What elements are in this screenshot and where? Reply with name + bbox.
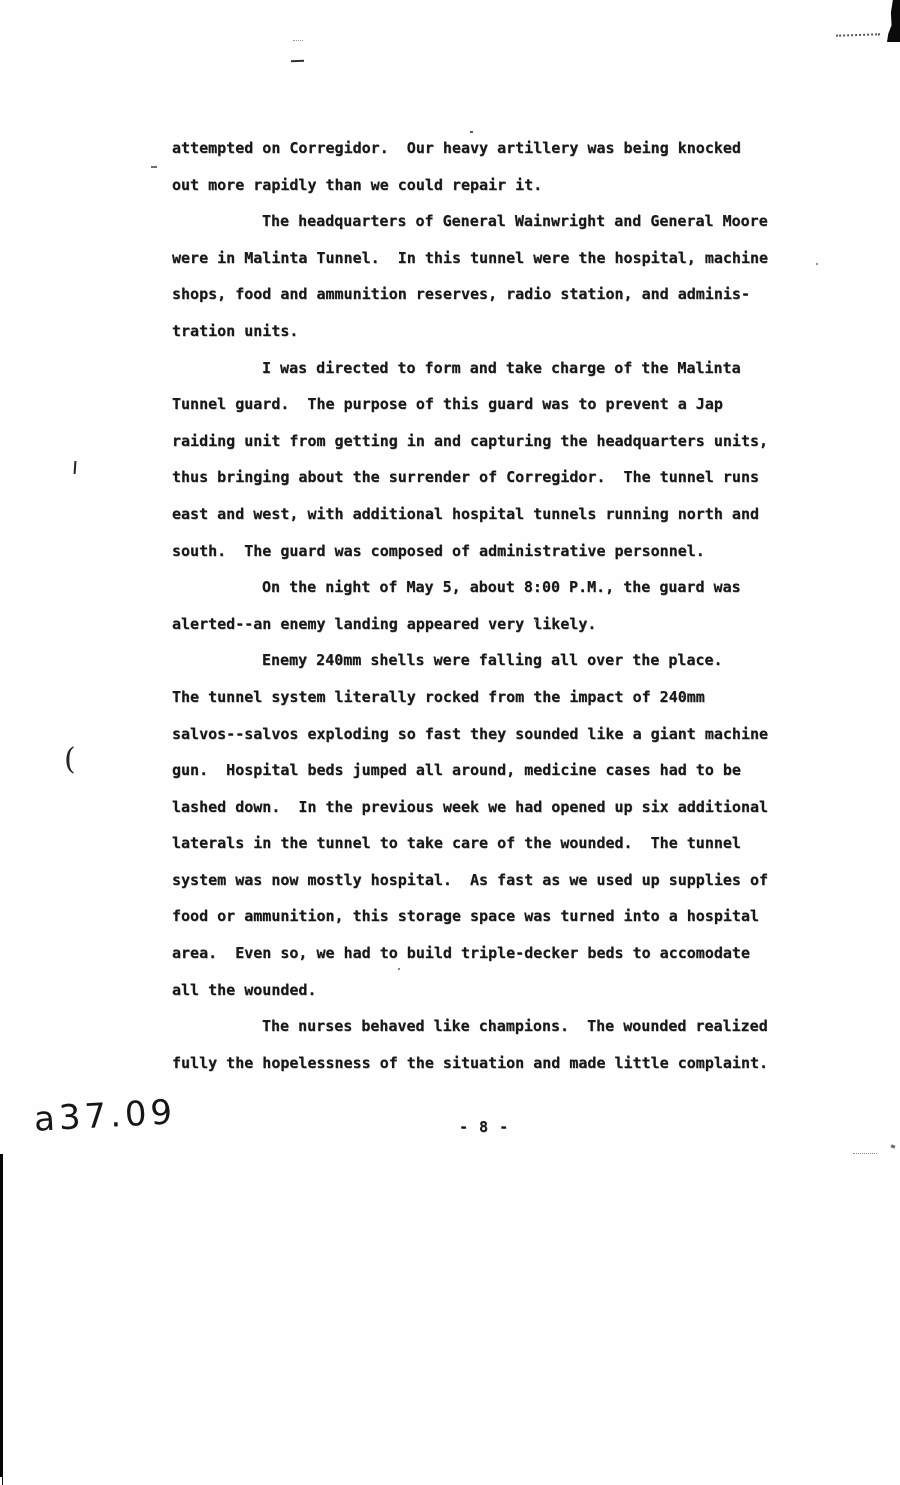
text-line: south. The guard was composed of adminis… — [172, 533, 812, 570]
text-line: Enemy 240mm shells were falling all over… — [172, 642, 812, 679]
text-line: The headquarters of General Wainwright a… — [172, 203, 812, 240]
text-line: salvos--salvos exploding so fast they so… — [172, 716, 812, 753]
scan-artifact-speck-row — [853, 1148, 877, 1154]
scan-artifact-top-dash — [291, 60, 304, 62]
text-line: gun. Hospital beds jumped all around, me… — [172, 752, 812, 789]
scan-artifact-left-dash — [151, 166, 157, 168]
text-line: The tunnel system literally rocked from … — [172, 679, 812, 716]
body-text: attempted on Corregidor. Our heavy artil… — [172, 130, 812, 1081]
scan-artifact-dotted-smudge — [836, 27, 880, 37]
scan-artifact-speck — [470, 131, 473, 133]
text-line: were in Malinta Tunnel. In this tunnel w… — [172, 240, 812, 277]
scan-artifact-left-edge-strip — [0, 1154, 3, 1477]
text-line: laterals in the tunnel to take care of t… — [172, 825, 812, 862]
scan-artifact-speck — [535, 620, 537, 622]
scan-artifact-margin-tick — [74, 461, 77, 474]
scan-artifact-speck — [398, 968, 400, 970]
text-line: food or ammunition, this storage space w… — [172, 898, 812, 935]
text-line: raiding unit from getting in and capturi… — [172, 423, 812, 460]
text-line: area. Even so, we had to build triple-de… — [172, 935, 812, 972]
text-line: all the wounded. — [172, 972, 812, 1009]
text-line: thus bringing about the surrender of Cor… — [172, 459, 812, 496]
text-line: alerted--an enemy landing appeared very … — [172, 606, 812, 643]
scan-artifact-speck — [891, 1144, 896, 1148]
text-line: On the night of May 5, about 8:00 P.M., … — [172, 569, 812, 606]
text-line: out more rapidly than we could repair it… — [172, 167, 812, 204]
text-line: attempted on Corregidor. Our heavy artil… — [172, 130, 812, 167]
handwritten-note: a37.09 — [33, 1092, 177, 1139]
scan-artifact-speck — [816, 263, 818, 265]
text-line: Tunnel guard. The purpose of this guard … — [172, 386, 812, 423]
text-line: The nurses behaved like champions. The w… — [172, 1008, 812, 1045]
stray-paren-mark: ( — [64, 742, 76, 777]
text-line: shops, food and ammunition reserves, rad… — [172, 276, 812, 313]
text-line: lashed down. In the previous week we had… — [172, 789, 812, 826]
text-line: tration units. — [172, 313, 812, 350]
text-line: fully the hopelessness of the situation … — [172, 1045, 812, 1082]
text-line: system was now mostly hospital. As fast … — [172, 862, 812, 899]
page-number: - 8 - — [459, 1118, 509, 1136]
text-line: I was directed to form and take charge o… — [172, 350, 812, 387]
scanned-document-page: attempted on Corregidor. Our heavy artil… — [0, 0, 900, 1485]
scan-artifact-corner-blob — [887, 0, 900, 42]
text-line: east and west, with additional hospital … — [172, 496, 812, 533]
scan-artifact-top-specks — [293, 36, 303, 41]
